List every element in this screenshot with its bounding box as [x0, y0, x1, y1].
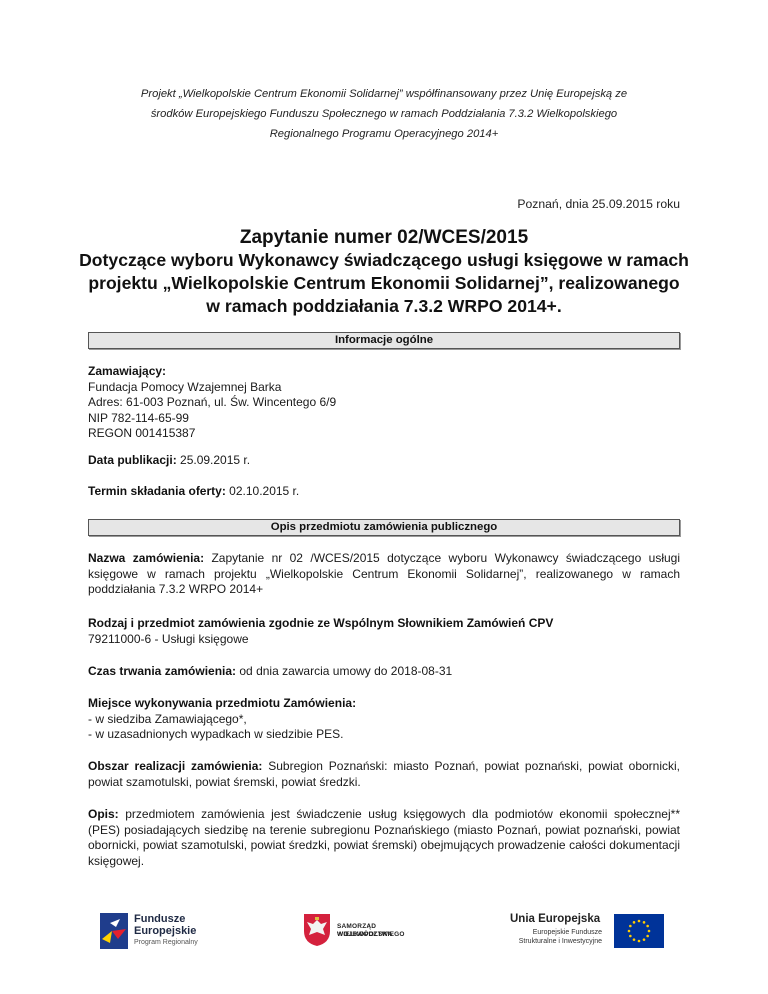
title-line: Zapytanie numer 02/WCES/2015 [60, 226, 708, 249]
duration-label: Czas trwania zamówienia: [88, 664, 236, 678]
cpv-block: Rodzaj i przedmiot zamówienia zgodnie ze… [88, 616, 680, 647]
description-block: Opis: przedmiotem zamówienia jest świadc… [88, 807, 680, 869]
publication-value: 25.09.2015 r. [177, 453, 250, 467]
place-line: - w uzasadnionych wypadkach w siedzibie … [88, 727, 680, 743]
ue-line3: Strukturalne i Inwestycyjne [496, 937, 602, 946]
fe-line2: Europejskie [134, 925, 196, 937]
title-line: projektu „Wielkopolskie Centrum Ekonomii… [60, 272, 708, 295]
orderer-block: Zamawiający: Fundacja Pomocy Wzajemnej B… [88, 364, 680, 442]
place-line: - w siedziba Zamawiającego*, [88, 712, 680, 728]
description-value: przedmiotem zamówienia jest świadczenie … [88, 807, 680, 868]
document-title: Zapytanie numer 02/WCES/2015 Dotyczące w… [60, 226, 708, 318]
section-heading-description: Opis przedmiotu zamówienia publicznego [88, 519, 680, 536]
fe-line3: Program Regionalny [134, 939, 198, 947]
title-line: w ramach poddziałania 7.3.2 WRPO 2014+. [60, 295, 708, 318]
place-block: Miejsce wykonywania przedmiotu Zamówieni… [88, 696, 680, 743]
publication-label: Data publikacji: [88, 453, 177, 467]
cpv-label: Rodzaj i przedmiot zamówienia zgodnie ze… [88, 616, 553, 630]
orderer-line: NIP 782-114-65-99 [88, 411, 680, 427]
order-name-label: Nazwa zamówienia: [88, 551, 204, 565]
orderer-line: Fundacja Pomocy Wzajemnej Barka [88, 380, 680, 396]
samorzad-line2: WIELKOPOLSKIEGO [337, 931, 405, 939]
ue-line1: Unia Europejska [510, 913, 600, 926]
deadline-value: 02.10.2015 r. [226, 484, 299, 498]
duration-block: Czas trwania zamówienia: od dnia zawarci… [88, 664, 680, 680]
place-label: Miejsce wykonywania przedmiotu Zamówieni… [88, 696, 356, 710]
publication-date: Data publikacji: 25.09.2015 r. [88, 453, 680, 469]
fe-flag-icon [100, 913, 128, 949]
coat-of-arms-icon [303, 913, 331, 947]
area-block: Obszar realizacji zamówienia: Subregion … [88, 759, 680, 790]
samorzad-wojewodztwa-logo: SAMORZĄD WOJEWÓDZTWA WIELKOPOLSKIEGO [303, 909, 423, 953]
funding-line: Projekt „Wielkopolskie Centrum Ekonomii … [88, 84, 680, 104]
area-label: Obszar realizacji zamówienia: [88, 759, 262, 773]
title-line: Dotyczące wyboru Wykonawcy świadczącego … [60, 249, 708, 272]
offer-deadline: Termin składania oferty: 02.10.2015 r. [88, 484, 680, 500]
unia-europejska-logo: Unia Europejska Europejskie Fundusze Str… [496, 909, 666, 953]
deadline-label: Termin składania oferty: [88, 484, 226, 498]
footer-logos: Fundusze Europejskie Program Regionalny … [0, 905, 768, 955]
orderer-line: Adres: 61-003 Poznań, ul. Św. Wincentego… [88, 395, 680, 411]
funding-line: Regionalnego Programu Operacyjnego 2014+ [88, 124, 680, 144]
orderer-label: Zamawiający: [88, 364, 166, 378]
cpv-value: 79211000-6 - Usługi księgowe [88, 632, 680, 648]
fe-line1: Fundusze [134, 913, 185, 925]
ue-line2: Europejskie Fundusze [496, 928, 602, 937]
place-date: Poznań, dnia 25.09.2015 roku [517, 197, 680, 211]
eu-flag-icon [614, 914, 664, 948]
section-heading-general: Informacje ogólne [88, 332, 680, 349]
description-label: Opis: [88, 807, 119, 821]
fundusze-europejskie-logo: Fundusze Europejskie Program Regionalny [100, 909, 220, 953]
duration-value: od dnia zawarcia umowy do 2018-08-31 [236, 664, 452, 678]
funding-note: Projekt „Wielkopolskie Centrum Ekonomii … [88, 84, 680, 144]
order-name: Nazwa zamówienia: Zapytanie nr 02 /WCES/… [88, 551, 680, 598]
funding-line: środków Europejskiego Funduszu Społeczne… [88, 104, 680, 124]
orderer-line: REGON 001415387 [88, 426, 680, 442]
